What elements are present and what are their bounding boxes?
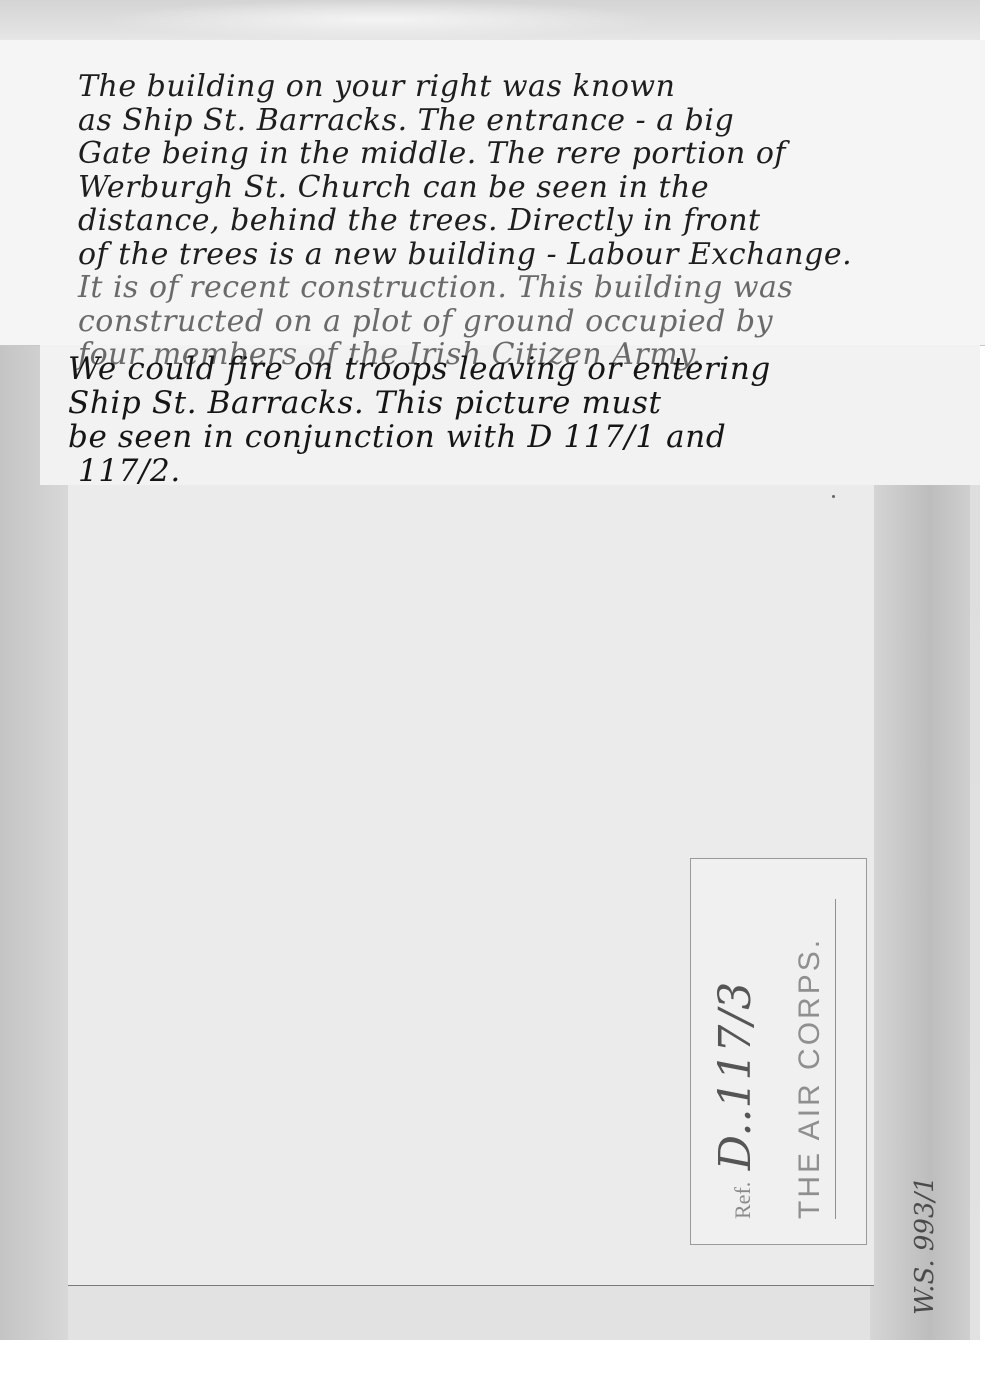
stamp-title: THE AIR CORPS.	[793, 899, 836, 1219]
sleeve-glare	[100, 0, 660, 40]
left-sleeve-edge	[0, 340, 68, 1340]
air-corps-stamp: THE AIR CORPS. Ref. D..117/3	[690, 858, 867, 1245]
note-line: as Ship St. Barracks. The entrance - a b…	[78, 104, 978, 138]
note-line: Gate being in the middle. The rere porti…	[78, 137, 978, 171]
ink-speck	[832, 495, 835, 498]
note-line: Werburgh St. Church can be seen in the	[78, 171, 978, 205]
stamp-ref-label: Ref.	[730, 1182, 755, 1219]
note-line: Ship St. Barracks. This picture must	[68, 386, 988, 420]
note-line: It is of recent construction. This build…	[78, 271, 978, 305]
note-line: constructed on a plot of ground occupied…	[78, 305, 978, 339]
note-line: 117/2.	[68, 454, 988, 488]
note-line: We could fire on troops leaving or enter…	[68, 352, 988, 386]
handwritten-note-upper: The building on your right was known as …	[78, 70, 978, 372]
note-line: distance, behind the trees. Directly in …	[78, 204, 978, 238]
pencil-annotation-text: W.S. 993/1	[910, 1176, 940, 1315]
pencil-annotation: W.S. 993/1	[900, 975, 960, 1335]
stamp-rotated-content: THE AIR CORPS. Ref. D..117/3	[691, 859, 866, 1244]
stamp-ref-number: D..117/3	[710, 982, 761, 1170]
stamp-reference: Ref. D..117/3	[710, 879, 761, 1219]
note-line: of the trees is a new building - Labour …	[78, 238, 978, 272]
handwritten-note-lower: We could fire on troops leaving or enter…	[68, 352, 988, 488]
note-line: The building on your right was known	[78, 70, 978, 104]
note-line: be seen in conjunction with D 117/1 and	[68, 420, 988, 454]
